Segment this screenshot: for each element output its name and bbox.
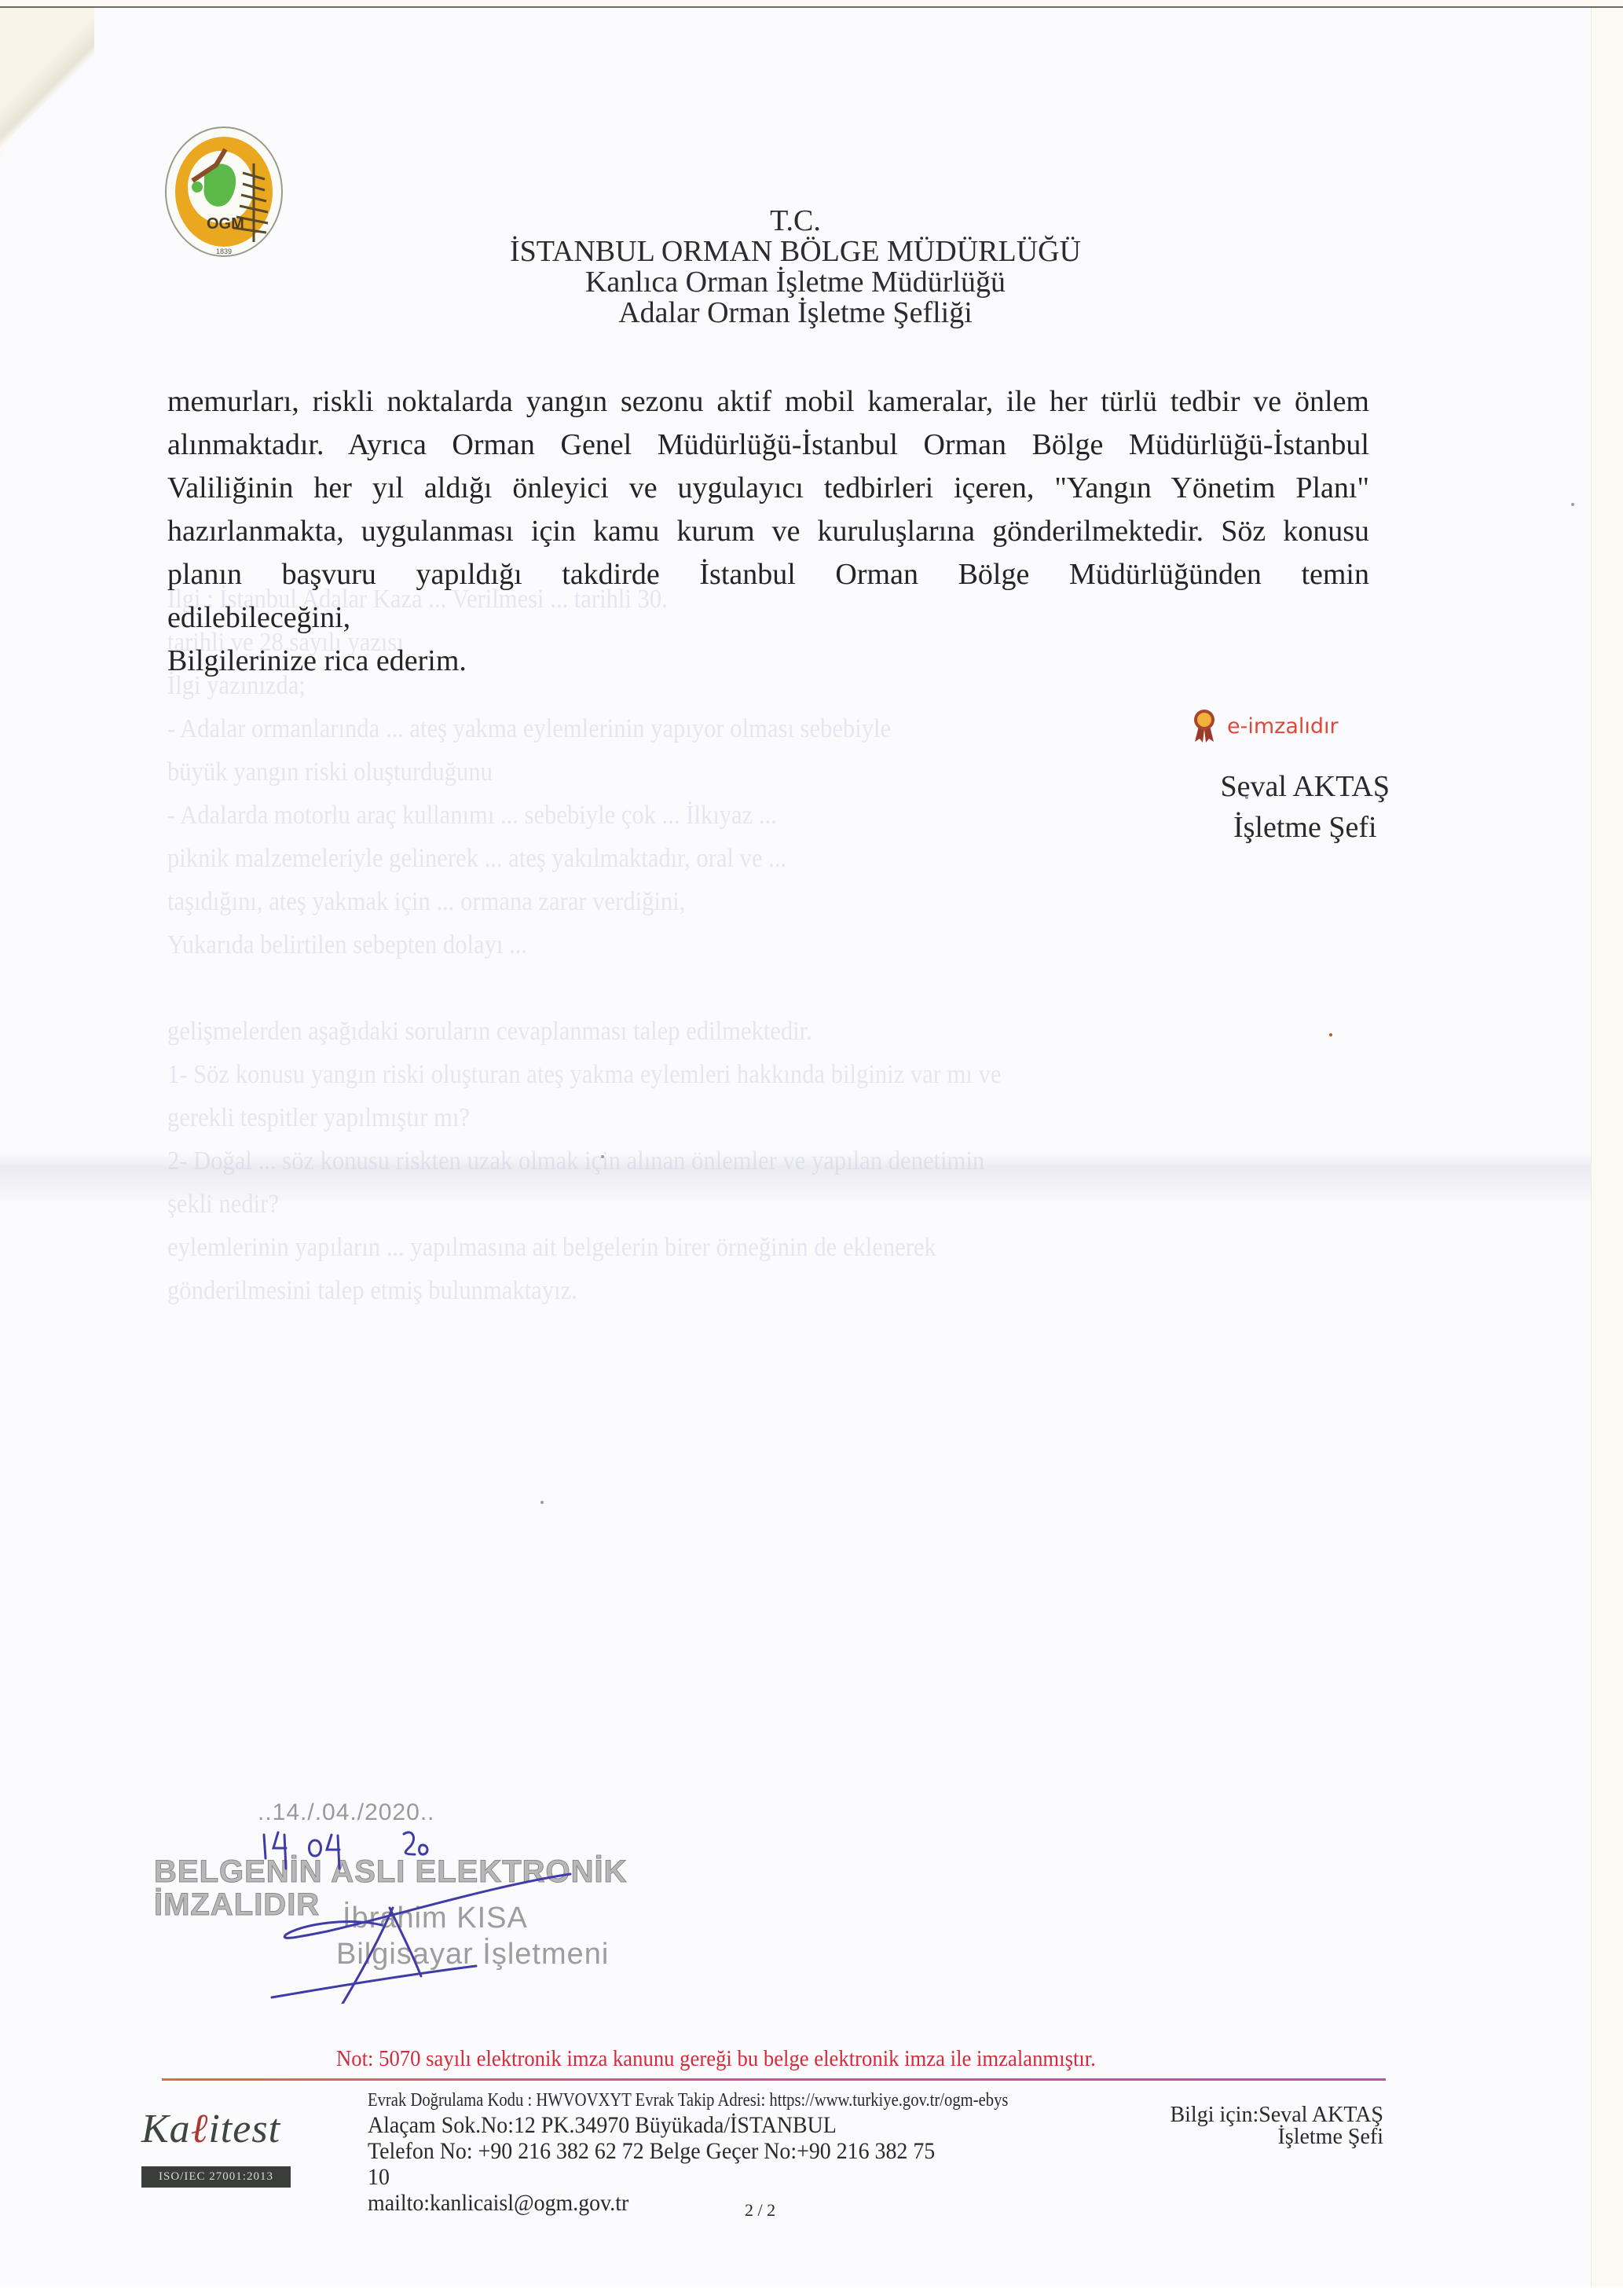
ghost-line: gelişmelerden aşağıdaki soruların cevapl… — [167, 1010, 1249, 1053]
stamp-signer-role: Bilgisayar İşletmeni — [336, 1938, 609, 1971]
email-link[interactable]: mailto:kanlicaisl@ogm.gov.tr — [368, 2190, 1061, 2216]
body-line: planın başvuru yapıldığı takdirde İstanb… — [167, 553, 1369, 596]
page-number: 2 / 2 — [745, 2200, 775, 2221]
iso-badge: ISO/IEC 27001:2013 — [141, 2166, 291, 2188]
header-regional-directorate: İSTANBUL ORMAN BÖLGE MÜDÜRLÜĞÜ — [0, 237, 1591, 267]
signer-block: Seval AKTAŞ İşletme Şefi — [1221, 766, 1390, 848]
letterhead: T.C. İSTANBUL ORMAN BÖLGE MÜDÜRLÜĞÜ Kanl… — [0, 206, 1591, 328]
letter-body: memurları, riskli noktalarda yangın sezo… — [167, 380, 1369, 683]
award-ribbon-icon — [1193, 709, 1216, 743]
ghost-line: büyük yangın riski oluşturduğunu — [167, 750, 1249, 794]
ghost-line: gerekli tespitler yapılmıştır mı? — [167, 1096, 1249, 1139]
ghost-line: gönderilmesini talep etmiş bulunmaktayız… — [167, 1269, 1249, 1312]
ghost-line: - Adalarda motorlu araç kullanımı ... se… — [167, 794, 1249, 837]
ghost-line: taşıdığını, ateş yakmak için ... ormana … — [167, 880, 1249, 923]
body-line: hazırlanmakta, uygulanması için kamu kur… — [167, 510, 1369, 553]
bleed-through-text: İlgi : İstanbul Adalar Kaza ... Verilmes… — [167, 578, 1249, 1312]
ghost-line: Yukarıda belirtilen sebepten dolayı ... — [167, 923, 1249, 966]
address: Alaçam Sok.No:12 PK.34970 Büyükada/İSTAN… — [368, 2112, 1061, 2138]
ghost-line: - Adalar ormanlarında ... ateş yakma eyl… — [167, 707, 1249, 750]
contact-info: Bilgi için:Seval AKTAŞ İşletme Şefi — [1170, 2104, 1383, 2148]
body-line: alınmaktadır. Ayrıca Orman Genel Müdürlü… — [167, 424, 1369, 467]
header-directorate: Kanlıca Orman İşletme Müdürlüğü — [0, 267, 1591, 298]
contact-title: İşletme Şefi — [1170, 2126, 1383, 2148]
stamp-date: ..14./.04./2020.. — [258, 1799, 435, 1826]
e-signature-law-note: Not: 5070 sayılı elektronik imza kanunu … — [336, 2046, 1096, 2072]
phone: Telefon No: +90 216 382 62 72 Belge Geçe… — [368, 2138, 1061, 2164]
certification-stamp: ..14./.04./2020.. BELGENİN ASLI ELEKTRON… — [154, 1799, 657, 1988]
scanner-bottom-margin — [0, 2287, 1623, 2296]
e-signed-label: e-imzalıdır — [1227, 714, 1339, 739]
body-line: Valiliğinin her yıl aldığı önleyici ve u… — [167, 467, 1369, 510]
header-tc: T.C. — [0, 206, 1591, 237]
scanner-right-margin — [1591, 8, 1623, 2296]
signer-title: İşletme Şefi — [1221, 807, 1390, 848]
ghost-line: piknik malzemeleriyle gelinerek ... ateş… — [167, 837, 1249, 880]
stamp-line-1: BELGENİN ASLI ELEKTRONİK — [154, 1854, 628, 1890]
stamp-line-2: İMZALIDIR — [154, 1887, 320, 1923]
folded-corner — [0, 8, 94, 165]
signer-name: Seval AKTAŞ — [1221, 766, 1390, 807]
contact-name: Bilgi için:Seval AKTAŞ — [1170, 2104, 1383, 2126]
phone-continued: 10 — [368, 2164, 1061, 2190]
ghost-line: eylemlerinin yapıların ... yapılmasına a… — [167, 1226, 1249, 1269]
footer-divider — [162, 2078, 1386, 2081]
ghost-line: 1- Söz konusu yangın riski oluşturan ate… — [167, 1053, 1249, 1096]
footer-info: Evrak Doğrulama Kodu : HWVOVXYT Evrak Ta… — [368, 2089, 1112, 2216]
verification-code: Evrak Doğrulama Kodu : HWVOVXYT Evrak Ta… — [368, 2089, 1008, 2112]
ghost-line — [167, 966, 1249, 1010]
e-signature-badge: e-imzalıdır — [1193, 709, 1339, 743]
body-line: edilebileceğini, — [167, 596, 1369, 640]
scan-artifact-band — [0, 1154, 1591, 1201]
kalitest-logo: Kaℓitest — [141, 2106, 280, 2152]
header-chief-office: Adalar Orman İşletme Şefliği — [0, 298, 1591, 328]
stamp-signer-name: İbrahim KISA — [343, 1902, 528, 1935]
body-line: memurları, riskli noktalarda yangın sezo… — [167, 380, 1369, 424]
closing-line: Bilgilerinize rica ederim. — [167, 640, 1369, 683]
